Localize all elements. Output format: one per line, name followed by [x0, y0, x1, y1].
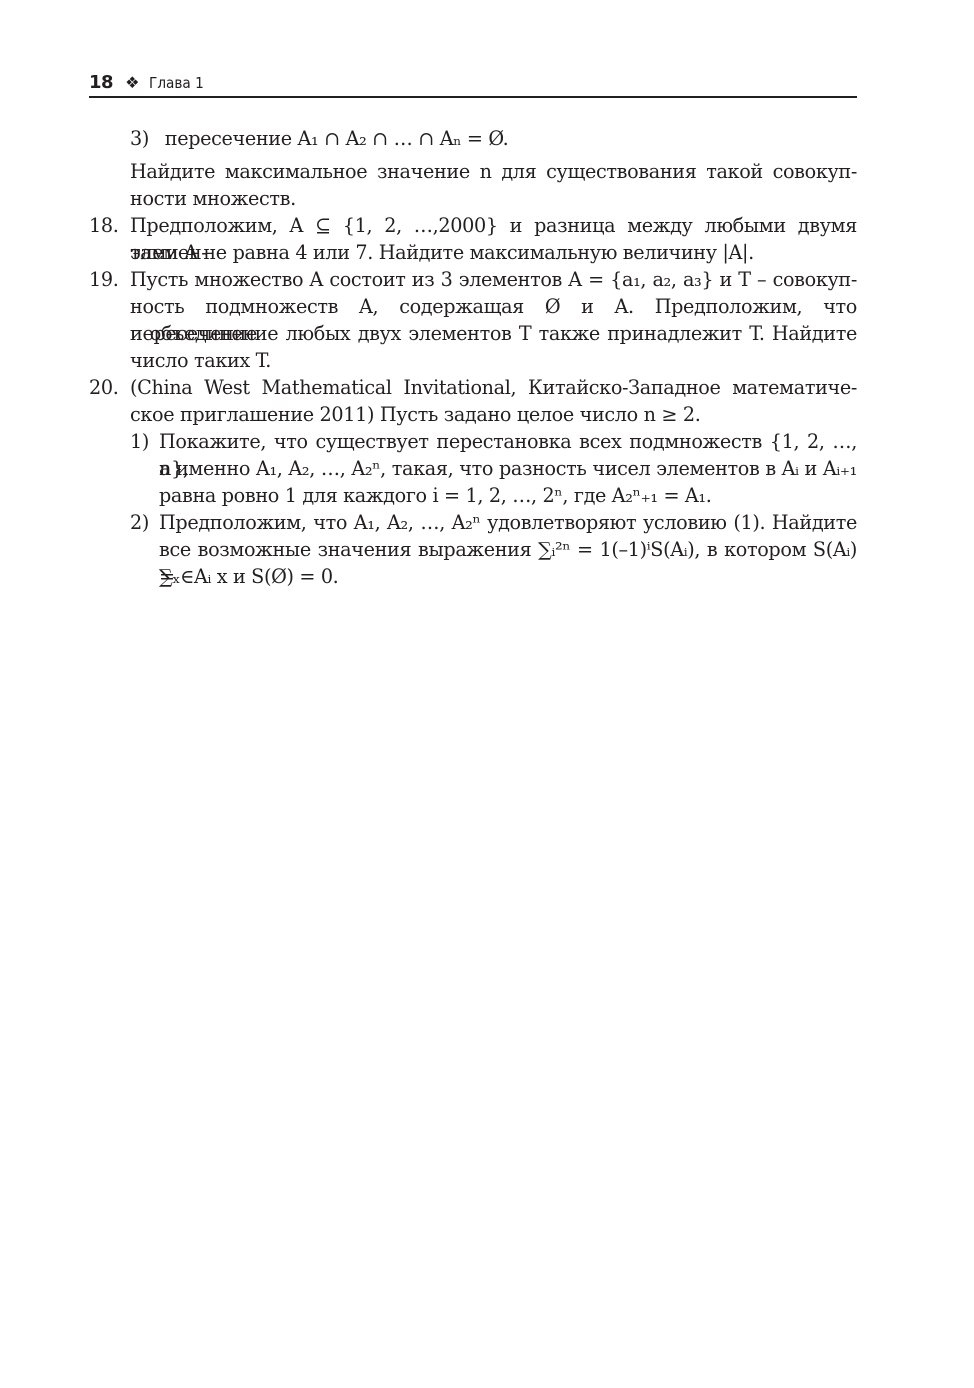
problem-19: 19. Пусть множество A состоит из 3 элеме…: [89, 266, 857, 374]
problem-20-part-2-number: 2): [130, 509, 149, 536]
problem-19-line-2: ность подмножеств A, содержащая Ø и A. П…: [89, 293, 857, 320]
problem-20-part-1-line-1: 1) Покажите, что существует перестановка…: [89, 428, 857, 455]
problem-18-number: 18.: [89, 212, 118, 239]
problem-20-part-1-line-2: а именно A₁, A₂, …, A₂ⁿ, такая, что разн…: [89, 455, 857, 482]
problem-20-number: 20.: [89, 374, 118, 401]
problem-17-question-line-2: ности множеств.: [89, 185, 857, 212]
problem-20-part-2-line-2: все возможные значения выражения ∑ᵢ²ⁿ = …: [89, 536, 857, 563]
running-header: 18 ❖ Глава 1: [89, 70, 857, 98]
ornament-icon: ❖: [125, 70, 139, 96]
problem-20-part-1-number: 1): [130, 428, 149, 455]
problem-17-tail: 3) пересечение A₁ ∩ A₂ ∩ … ∩ Aₙ = Ø. Най…: [89, 125, 857, 212]
page-number: 18: [89, 70, 113, 96]
condition-3-number: 3): [130, 127, 149, 150]
problem-20: 20. (China West Mathematical Invitationa…: [89, 374, 857, 590]
chapter-title: Глава 1: [149, 70, 204, 96]
problem-19-number: 19.: [89, 266, 118, 293]
problem-19-line-4: число таких T.: [89, 347, 857, 374]
condition-3-text: пересечение A₁ ∩ A₂ ∩ … ∩ Aₙ = Ø.: [165, 127, 509, 150]
problem-19-line-1: 19. Пусть множество A состоит из 3 элеме…: [89, 266, 857, 293]
problem-20-line-1: 20. (China West Mathematical Invitationa…: [89, 374, 857, 401]
book-page: 18 ❖ Глава 1 3) пересечение A₁ ∩ A₂ ∩ … …: [89, 70, 857, 590]
problem-20-line-2: ское приглашение 2011) Пусть задано цело…: [89, 401, 857, 428]
problem-18: 18. Предположим, A ⊆ {1, 2, …,2000} и ра…: [89, 212, 857, 266]
problem-18-line-2: тами A не равна 4 или 7. Найдите максима…: [89, 239, 857, 266]
problem-18-line-1: 18. Предположим, A ⊆ {1, 2, …,2000} и ра…: [89, 212, 857, 239]
problem-17-question-line-1: Найдите максимальное значение n для суще…: [89, 158, 857, 185]
condition-3: 3) пересечение A₁ ∩ A₂ ∩ … ∩ Aₙ = Ø.: [89, 125, 857, 152]
problem-20-part-2-line-3: ∑ₓ∈Aᵢ x и S(Ø) = 0.: [89, 563, 857, 590]
problem-list: 3) пересечение A₁ ∩ A₂ ∩ … ∩ Aₙ = Ø. Най…: [89, 125, 857, 590]
problem-20-part-1-line-3: равна ровно 1 для каждого i = 1, 2, …, 2…: [89, 482, 857, 509]
problem-19-line-3: и объединение любых двух элементов T так…: [89, 320, 857, 347]
problem-20-part-2-line-1: 2) Предположим, что A₁, A₂, …, A₂ⁿ удовл…: [89, 509, 857, 536]
